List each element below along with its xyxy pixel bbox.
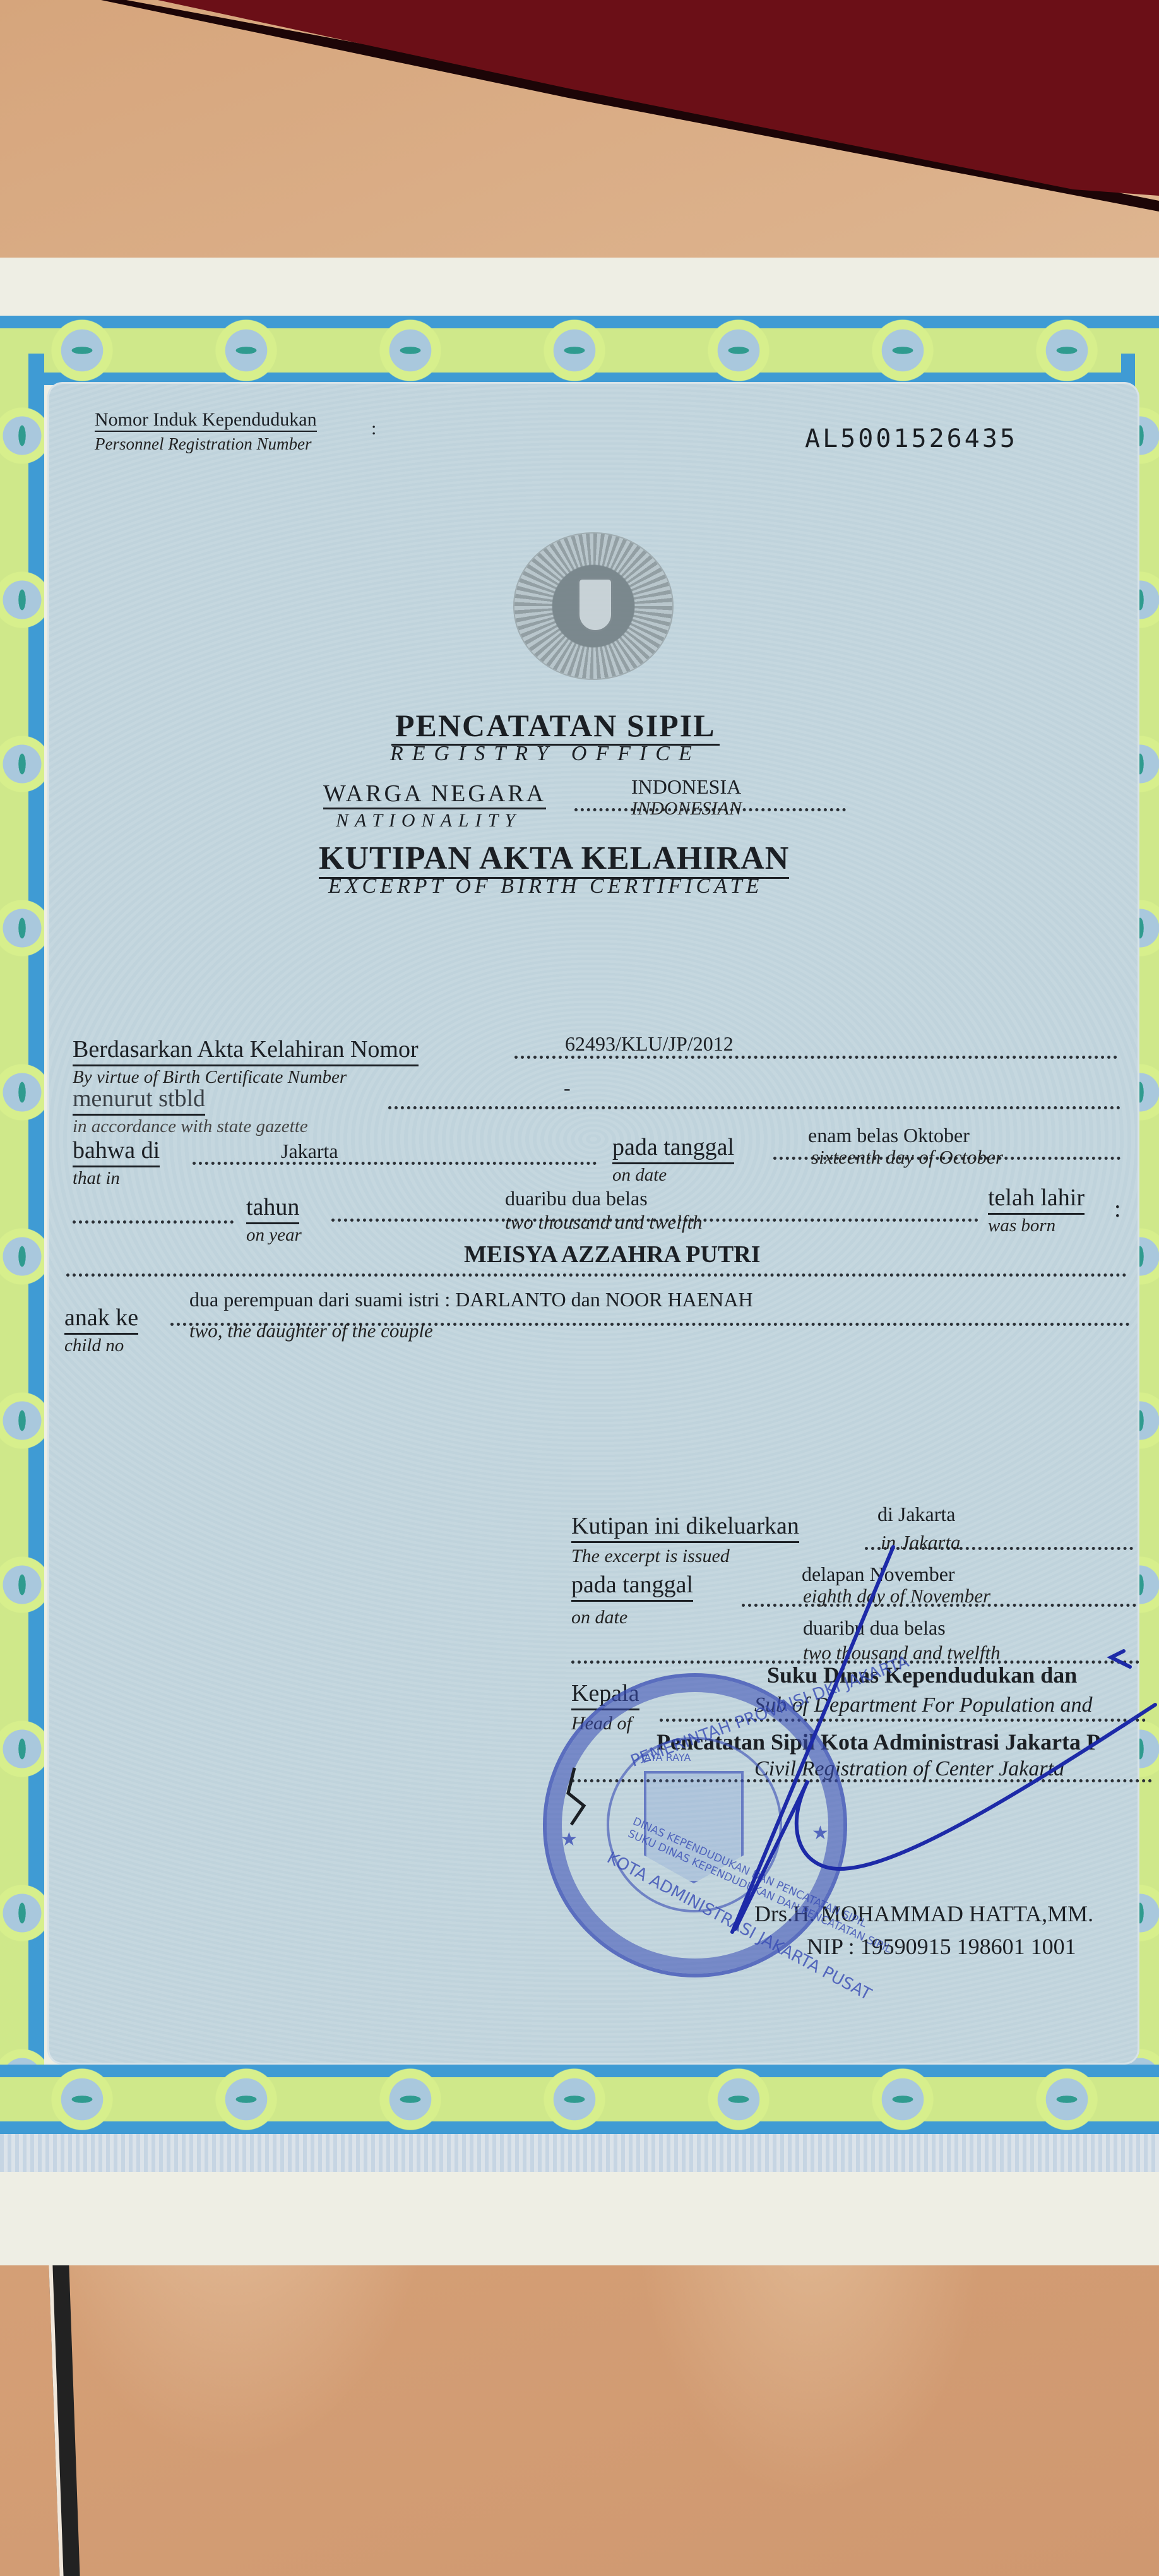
authority-line1: Suku Dinas Kependudukan dan: [767, 1662, 1077, 1688]
decorative-lace: [0, 2134, 1159, 2172]
date-value-en: sixteenth day of October: [811, 1146, 1003, 1169]
issued-date-en: eighth day of November: [803, 1585, 990, 1607]
child-name: MEISYA AZZAHRA PUTRI: [464, 1241, 761, 1268]
emblem-shield-icon: [578, 578, 613, 632]
year-value: duaribu dua belas: [505, 1187, 648, 1210]
child-no-value-en: two, the daughter of the couple: [189, 1320, 433, 1342]
year-value-en: two thousand and twelfth: [505, 1211, 703, 1234]
dotted-line: [193, 1162, 597, 1165]
year-label-en: on year: [246, 1225, 302, 1246]
decorative-border-top: [0, 316, 1159, 385]
born-label: telah lahir: [988, 1184, 1085, 1215]
gazette-label: menurut stbld: [73, 1085, 205, 1116]
date-label-en: on date: [612, 1165, 667, 1186]
date-value: enam belas Oktober: [808, 1124, 970, 1147]
issued-place-en: in Jakarta: [881, 1531, 961, 1554]
decorative-border-bottom: [0, 2065, 1159, 2134]
nationality-label: WARGA NEGARA: [323, 780, 546, 809]
issued-date: delapan November: [802, 1563, 955, 1586]
issued-label-en: The excerpt is issued: [571, 1546, 730, 1567]
cert-number-label: Berdasarkan Akta Kelahiran Nomor: [73, 1035, 419, 1066]
office-title: PENCATATAN SIPIL: [391, 707, 720, 746]
office-title-en: REGISTRY OFFICE: [390, 742, 701, 766]
nationality-value: INDONESIA: [631, 775, 741, 799]
stamp-shield-text: JAYA RAYA: [641, 1751, 691, 1763]
gazette-value: -: [564, 1076, 571, 1100]
cert-number-value: 62493/KLU/JP/2012: [565, 1032, 734, 1056]
dotted-line: [66, 1273, 1127, 1277]
issued-place: di Jakarta: [877, 1503, 956, 1526]
official-stamp: PEMERINTAH PROVINSI DKI JAKARTA KOTA ADM…: [543, 1673, 847, 1977]
nationality-label-en: NATIONALITY: [336, 810, 521, 832]
issued-date-label-en: on date: [571, 1607, 627, 1628]
garuda-emblem-icon: [514, 534, 672, 679]
issued-date-label: pada tanggal: [571, 1571, 693, 1602]
place-label: bahwa di: [73, 1136, 160, 1167]
document-title-en: EXCERPT OF BIRTH CERTIFICATE: [328, 874, 763, 898]
floor-tile-line: [49, 2263, 80, 2576]
issued-year: duaribu dua belas: [803, 1616, 946, 1640]
nik-label-en: Personnel Registration Number: [95, 434, 311, 454]
year-label: tahun: [246, 1193, 299, 1224]
nik-label: Nomor Induk Kependudukan: [95, 409, 317, 432]
stamp-star-icon: ★: [812, 1822, 829, 1844]
nik-colon: :: [371, 418, 376, 439]
child-no-value: dua perempuan dari suami istri : DARLANT…: [189, 1288, 753, 1311]
decorative-border-left: [0, 354, 44, 2096]
gazette-label-en: in accordance with state gazette: [73, 1116, 308, 1137]
nik-value: AL5001526435: [805, 424, 1018, 453]
place-label-en: that in: [73, 1168, 120, 1189]
born-label-en: was born: [988, 1215, 1055, 1236]
date-label: pada tanggal: [612, 1133, 734, 1164]
document-title: KUTIPAN AKTA KELAHIRAN: [319, 840, 789, 879]
issued-label: Kutipan ini dikeluarkan: [571, 1512, 799, 1543]
child-no-label: anak ke: [64, 1304, 138, 1335]
place-value: Jakarta: [281, 1140, 338, 1163]
dotted-line: [73, 1220, 234, 1224]
child-no-label-en: child no: [64, 1335, 124, 1356]
stamp-star-icon: ★: [561, 1828, 578, 1851]
dotted-line: [514, 1056, 1117, 1059]
nationality-value-en: INDONESIAN: [631, 798, 742, 820]
dotted-line: [388, 1106, 1120, 1109]
born-colon: :: [1114, 1195, 1121, 1223]
